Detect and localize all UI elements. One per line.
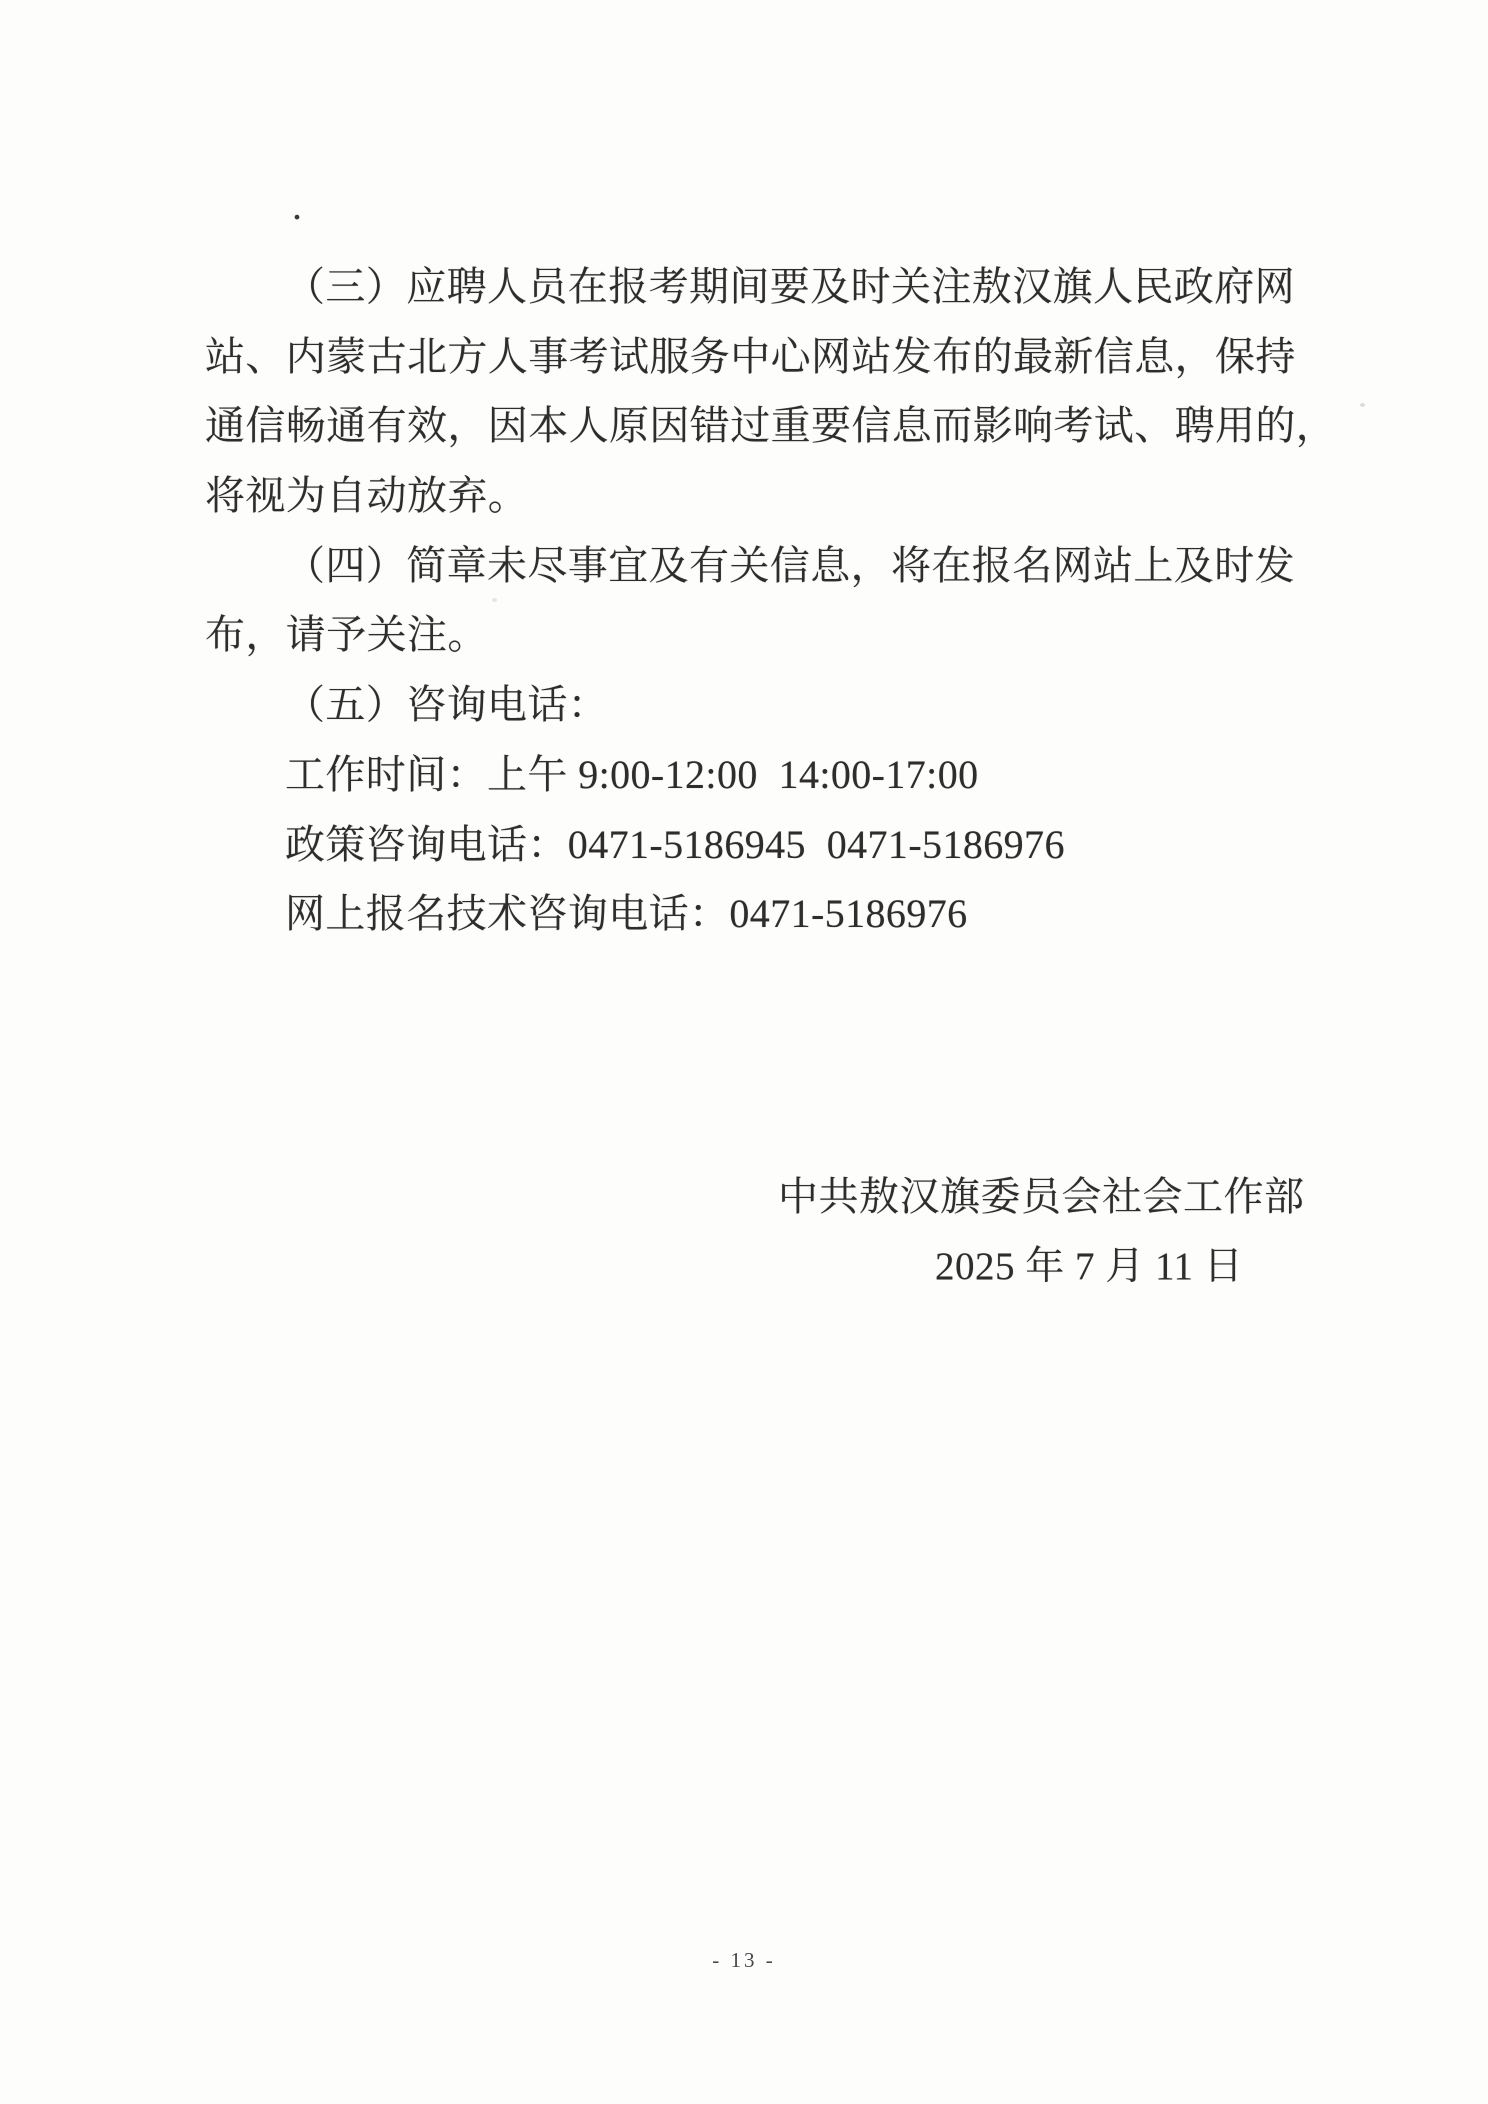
page-number: - 13 - [0, 1948, 1488, 1973]
scan-speck [1360, 403, 1365, 407]
text-line: 网上报名技术咨询电话：0471-5186976 [205, 879, 1325, 949]
text-line: 政策咨询电话：0471-5186945 0471-5186976 [205, 810, 1325, 880]
signature-organization: 中共敖汉旗委员会社会工作部 [778, 1162, 1305, 1232]
text-line: 工作时间：上午 9:00-12:00 14:00-17:00 [205, 740, 1325, 810]
text-line: 布，请予关注。 [205, 600, 1325, 670]
document-body: （三）应聘人员在报考期间要及时关注敖汉旗人民政府网站、内蒙古北方人事考试服务中心… [205, 252, 1325, 949]
scan-speck [492, 598, 497, 602]
signature-date: 2025 年 7 月 11 日 [935, 1232, 1243, 1302]
text-line: 站、内蒙古北方人事考试服务中心网站发布的最新信息，保持 [205, 322, 1325, 392]
text-line: 将视为自动放弃。 [205, 461, 1325, 531]
text-line: （四）简章未尽事宜及有关信息，将在报名网站上及时发 [205, 531, 1325, 601]
text-line: （五）咨询电话： [205, 670, 1325, 740]
stray-period-mark: . [292, 186, 302, 226]
text-line: （三）应聘人员在报考期间要及时关注敖汉旗人民政府网 [205, 252, 1325, 322]
scanned-document-page: . （三）应聘人员在报考期间要及时关注敖汉旗人民政府网站、内蒙古北方人事考试服务… [0, 0, 1488, 2104]
text-line: 通信畅通有效，因本人原因错过重要信息而影响考试、聘用的， [205, 391, 1325, 461]
